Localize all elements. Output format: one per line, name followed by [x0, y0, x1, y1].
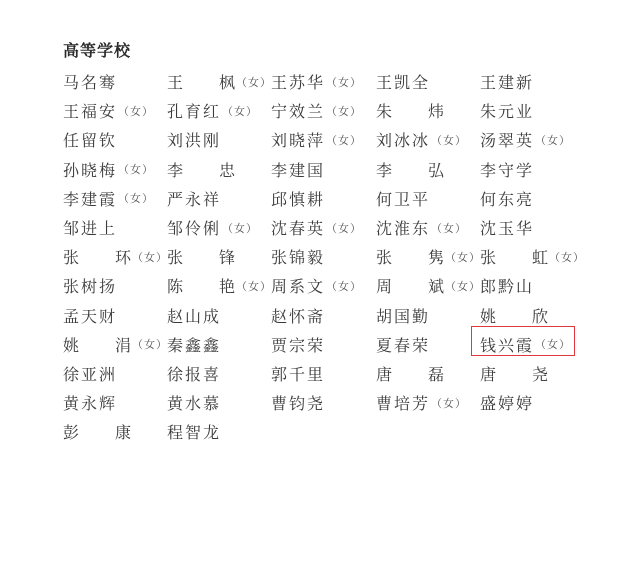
person-name: 刘晓萍 [271, 128, 325, 151]
list-item: 黄永辉 [63, 388, 167, 417]
list-item: 曹钧尧 [271, 388, 376, 417]
person-name: 刘洪刚 [167, 128, 221, 151]
person-name: 邱慎耕 [271, 187, 325, 210]
list-item: 刘冰冰（女） [376, 125, 480, 154]
list-item: 王苏华（女） [271, 67, 376, 96]
list-item: 严永祥 [167, 184, 271, 213]
person-name: 张隽 [376, 245, 444, 268]
person-name: 郭千里 [271, 362, 325, 385]
female-tag: （女） [326, 103, 362, 119]
female-tag: （女） [132, 336, 168, 352]
female-tag: （女） [445, 249, 481, 265]
person-name: 秦鑫鑫 [167, 333, 221, 356]
person-name: 张树扬 [63, 274, 117, 297]
list-item: 马名骞 [63, 67, 167, 96]
female-tag: （女） [549, 249, 585, 265]
given-name: 环 [115, 248, 131, 267]
list-item: 王福安（女） [63, 96, 167, 125]
person-name: 盛婷婷 [480, 391, 534, 414]
female-tag: （女） [222, 103, 258, 119]
list-item: 唐尧 [480, 359, 590, 388]
surname: 李 [167, 158, 219, 181]
list-item: 孟天财 [63, 301, 167, 330]
list-item: 朱炜 [376, 96, 480, 125]
person-name: 何东亮 [480, 187, 534, 210]
list-item: 王建新 [480, 67, 590, 96]
list-item: 郎黔山 [480, 271, 590, 300]
list-item: 盛婷婷 [480, 388, 590, 417]
person-name: 李忠 [167, 158, 235, 181]
list-item: 邹进上 [63, 213, 167, 242]
person-name: 唐磊 [376, 362, 444, 385]
surname: 周 [376, 274, 428, 297]
list-item: 沈春英（女） [271, 213, 376, 242]
person-name: 周斌 [376, 274, 444, 297]
person-name: 沈春英 [271, 216, 325, 239]
list-item: 张虹（女） [480, 242, 590, 271]
female-tag: （女） [535, 132, 571, 148]
list-item: 李建国 [271, 155, 376, 184]
list-item: 周斌（女） [376, 271, 480, 300]
list-item: 姚涓（女） [63, 330, 167, 359]
person-name: 赵怀斋 [271, 304, 325, 327]
person-name: 曹培芳 [376, 391, 430, 414]
list-item: 李弘 [376, 155, 480, 184]
list-item: 夏春荣 [376, 330, 480, 359]
list-item: 郭千里 [271, 359, 376, 388]
person-name: 胡国勤 [376, 304, 430, 327]
list-item: 周系文（女） [271, 271, 376, 300]
name-list: 马名骞王枫（女）王苏华（女）王凯全王建新王福安（女）孔育红（女）宁效兰（女）朱炜… [63, 67, 590, 446]
person-name: 孙晓梅 [63, 158, 117, 181]
given-name: 枫 [219, 73, 235, 92]
surname: 张 [376, 245, 428, 268]
given-name: 尧 [532, 365, 548, 384]
person-name: 张环 [63, 245, 131, 268]
surname: 唐 [376, 362, 428, 385]
person-name: 姚欣 [480, 304, 548, 327]
female-tag: （女） [118, 161, 154, 177]
person-name: 孟天财 [63, 304, 117, 327]
female-tag: （女） [118, 190, 154, 206]
list-item: 沈淮东（女） [376, 213, 480, 242]
list-item: 赵山成 [167, 301, 271, 330]
surname: 张 [167, 245, 219, 268]
person-name: 张锋 [167, 245, 235, 268]
person-name: 马名骞 [63, 70, 117, 93]
person-name: 徐亚洲 [63, 362, 117, 385]
surname: 陈 [167, 274, 219, 297]
person-name: 程智龙 [167, 420, 221, 443]
given-name: 弘 [428, 161, 444, 180]
person-name: 何卫平 [376, 187, 430, 210]
list-item: 孙晓梅（女） [63, 155, 167, 184]
female-tag: （女） [326, 278, 362, 294]
list-item: 徐亚洲 [63, 359, 167, 388]
surname: 张 [63, 245, 115, 268]
list-item: 何卫平 [376, 184, 480, 213]
list-item: 何东亮 [480, 184, 590, 213]
list-item: 李忠 [167, 155, 271, 184]
given-name: 磊 [428, 365, 444, 384]
list-item: 宁效兰（女） [271, 96, 376, 125]
surname: 朱 [376, 99, 428, 122]
given-name: 斌 [428, 277, 444, 296]
surname: 王 [167, 70, 219, 93]
person-name: 夏春荣 [376, 333, 430, 356]
person-name: 邹进上 [63, 216, 117, 239]
person-name: 黄永辉 [63, 391, 117, 414]
list-item: 邹伶俐（女） [167, 213, 271, 242]
list-item: 张树扬 [63, 271, 167, 300]
list-item: 李守学 [480, 155, 590, 184]
given-name: 锋 [219, 248, 235, 267]
surname: 李 [376, 158, 428, 181]
list-item: 彭康 [63, 417, 167, 446]
person-name: 严永祥 [167, 187, 221, 210]
surname: 彭 [63, 420, 115, 443]
female-tag: （女） [132, 249, 168, 265]
given-name: 虹 [532, 248, 548, 267]
person-name: 沈玉华 [480, 216, 534, 239]
list-item: 张锦毅 [271, 242, 376, 271]
list-item: 任留钦 [63, 125, 167, 154]
person-name: 周系文 [271, 274, 325, 297]
list-item: 张隽（女） [376, 242, 480, 271]
given-name: 康 [115, 423, 131, 442]
surname: 姚 [480, 304, 532, 327]
given-name: 隽 [428, 248, 444, 267]
list-item: 贾宗荣 [271, 330, 376, 359]
female-tag: （女） [236, 278, 272, 294]
person-name: 贾宗荣 [271, 333, 325, 356]
list-item: 张锋 [167, 242, 271, 271]
list-item: 沈玉华 [480, 213, 590, 242]
highlight-box [471, 326, 575, 356]
section-heading: 高等学校 [63, 38, 131, 61]
person-name: 张锦毅 [271, 245, 325, 268]
female-tag: （女） [431, 395, 467, 411]
surname: 唐 [480, 362, 532, 385]
given-name: 艳 [219, 277, 235, 296]
female-tag: （女） [431, 132, 467, 148]
person-name: 任留钦 [63, 128, 117, 151]
list-item: 李建霞（女） [63, 184, 167, 213]
list-item: 刘晓萍（女） [271, 125, 376, 154]
list-item: 邱慎耕 [271, 184, 376, 213]
person-name: 邹伶俐 [167, 216, 221, 239]
person-name: 朱元业 [480, 99, 534, 122]
given-name: 欣 [532, 307, 548, 326]
female-tag: （女） [236, 74, 272, 90]
person-name: 姚涓 [63, 333, 131, 356]
person-name: 郎黔山 [480, 274, 534, 297]
list-item: 孔育红（女） [167, 96, 271, 125]
given-name: 忠 [219, 161, 235, 180]
female-tag: （女） [445, 278, 481, 294]
list-item: 朱元业 [480, 96, 590, 125]
person-name: 宁效兰 [271, 99, 325, 122]
list-item: 黄水慕 [167, 388, 271, 417]
person-name: 孔育红 [167, 99, 221, 122]
list-item: 程智龙 [167, 417, 271, 446]
list-item: 赵怀斋 [271, 301, 376, 330]
female-tag: （女） [326, 74, 362, 90]
list-item: 曹培芳（女） [376, 388, 480, 417]
list-item: 张环（女） [63, 242, 167, 271]
list-item: 陈艳（女） [167, 271, 271, 300]
person-name: 徐报喜 [167, 362, 221, 385]
person-name: 朱炜 [376, 99, 444, 122]
person-name: 李建国 [271, 158, 325, 181]
person-name: 黄水慕 [167, 391, 221, 414]
person-name: 沈淮东 [376, 216, 430, 239]
list-item: 王凯全 [376, 67, 480, 96]
person-name: 唐尧 [480, 362, 548, 385]
person-name: 曹钧尧 [271, 391, 325, 414]
given-name: 炜 [428, 102, 444, 121]
person-name: 刘冰冰 [376, 128, 430, 151]
person-name: 李守学 [480, 158, 534, 181]
female-tag: （女） [222, 220, 258, 236]
list-item: 徐报喜 [167, 359, 271, 388]
female-tag: （女） [118, 103, 154, 119]
list-item: 王枫（女） [167, 67, 271, 96]
female-tag: （女） [326, 220, 362, 236]
person-name: 李建霞 [63, 187, 117, 210]
person-name: 赵山成 [167, 304, 221, 327]
person-name: 李弘 [376, 158, 444, 181]
person-name: 王建新 [480, 70, 534, 93]
list-item: 唐磊 [376, 359, 480, 388]
surname: 张 [480, 245, 532, 268]
person-name: 王福安 [63, 99, 117, 122]
list-item: 刘洪刚 [167, 125, 271, 154]
surname: 姚 [63, 333, 115, 356]
person-name: 王苏华 [271, 70, 325, 93]
person-name: 彭康 [63, 420, 131, 443]
person-name: 汤翠英 [480, 128, 534, 151]
list-item: 胡国勤 [376, 301, 480, 330]
person-name: 王枫 [167, 70, 235, 93]
person-name: 张虹 [480, 245, 548, 268]
given-name: 涓 [115, 336, 131, 355]
person-name: 陈艳 [167, 274, 235, 297]
female-tag: （女） [431, 220, 467, 236]
list-item: 汤翠英（女） [480, 125, 590, 154]
female-tag: （女） [326, 132, 362, 148]
person-name: 王凯全 [376, 70, 430, 93]
list-item: 秦鑫鑫 [167, 330, 271, 359]
